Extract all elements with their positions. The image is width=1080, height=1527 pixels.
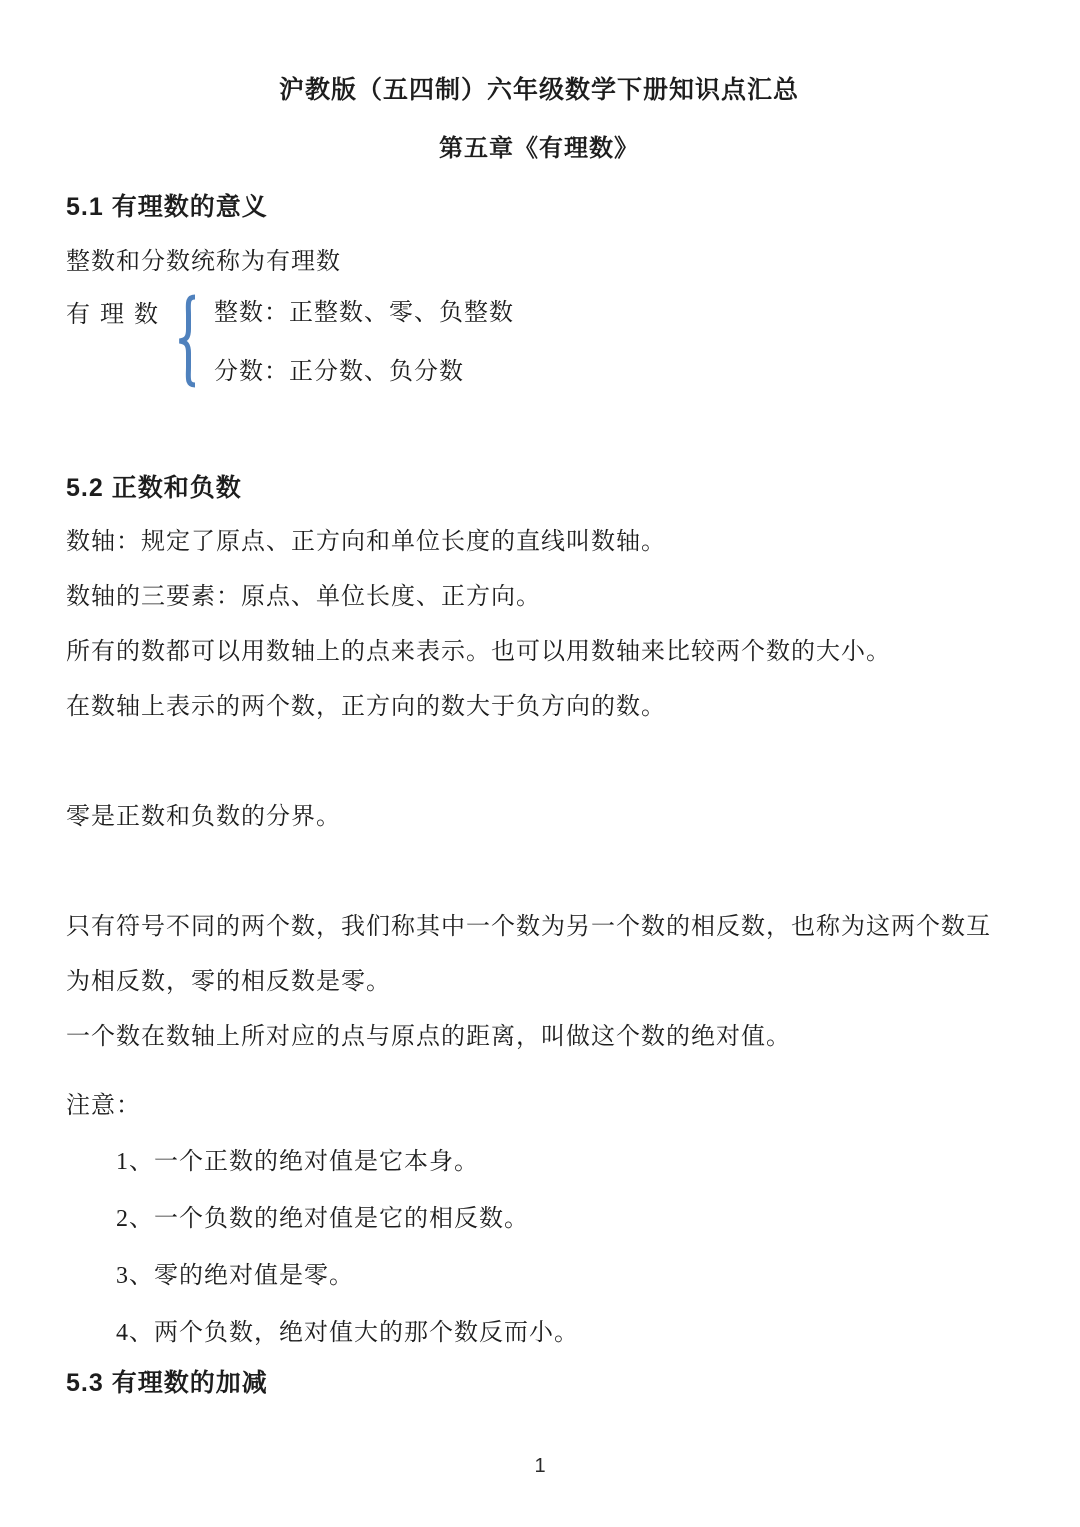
section-5-2-body: 数轴：规定了原点、正方向和单位长度的直线叫数轴。 数轴的三要素：原点、单位长度、… xyxy=(66,515,1012,1362)
note-item-2: 2、一个负数的绝对值是它的相反数。 xyxy=(116,1191,1012,1248)
diagram-branches: 整数：正整数、零、负整数 分数：正分数、负分数 xyxy=(214,292,514,387)
paragraph-opposite-numbers: 只有符号不同的两个数，我们称其中一个数为另一个数的相反数，也称为这两个数互为相反… xyxy=(66,900,1012,1010)
curly-brace-icon xyxy=(176,294,198,393)
paragraph-points-on-number-line: 所有的数都可以用数轴上的点来表示。也可以用数轴来比较两个数的大小。 xyxy=(66,625,1012,680)
document-title: 沪教版（五四制）六年级数学下册知识点汇总 xyxy=(66,76,1012,106)
rational-number-classification-diagram: 有 理 数 整数：正整数、零、负整数 分数：正分数、负分数 xyxy=(66,292,1012,393)
note-item-4: 4、两个负数，绝对值大的那个数反而小。 xyxy=(116,1305,1012,1362)
section-heading-5-1: 5.1 有理数的意义 xyxy=(66,192,1012,222)
page-number: 1 xyxy=(0,1455,1080,1478)
diagram-root-label: 有 理 数 xyxy=(66,292,160,330)
section-heading-5-2: 5.2 正数和负数 xyxy=(66,473,1012,503)
note-label: 注意： xyxy=(66,1079,1012,1134)
paragraph-compare-numbers: 在数轴上表示的两个数，正方向的数大于负方向的数。 xyxy=(66,680,1012,735)
page-content: 沪教版（五四制）六年级数学下册知识点汇总 第五章《有理数》 5.1 有理数的意义… xyxy=(0,0,1080,1398)
paragraph-number-line-definition: 数轴：规定了原点、正方向和单位长度的直线叫数轴。 xyxy=(66,515,1012,570)
diagram-branch-fractions: 分数：正分数、负分数 xyxy=(214,351,514,387)
document-page: 沪教版（五四制）六年级数学下册知识点汇总 第五章《有理数》 5.1 有理数的意义… xyxy=(0,0,1080,1527)
chapter-heading: 第五章《有理数》 xyxy=(66,134,1012,164)
section-heading-5-3: 5.3 有理数的加减 xyxy=(66,1368,1012,1398)
note-list: 1、一个正数的绝对值是它本身。 2、一个负数的绝对值是它的相反数。 3、零的绝对… xyxy=(66,1134,1012,1362)
diagram-branch-integers: 整数：正整数、零、负整数 xyxy=(214,292,514,328)
paragraph-rational-definition: 整数和分数统称为有理数 xyxy=(66,235,1012,290)
note-item-3: 3、零的绝对值是零。 xyxy=(116,1248,1012,1305)
paragraph-number-line-elements: 数轴的三要素：原点、单位长度、正方向。 xyxy=(66,570,1012,625)
note-item-1: 1、一个正数的绝对值是它本身。 xyxy=(116,1134,1012,1191)
paragraph-zero-boundary: 零是正数和负数的分界。 xyxy=(66,790,1012,845)
paragraph-absolute-value: 一个数在数轴上所对应的点与原点的距离，叫做这个数的绝对值。 xyxy=(66,1010,1012,1065)
